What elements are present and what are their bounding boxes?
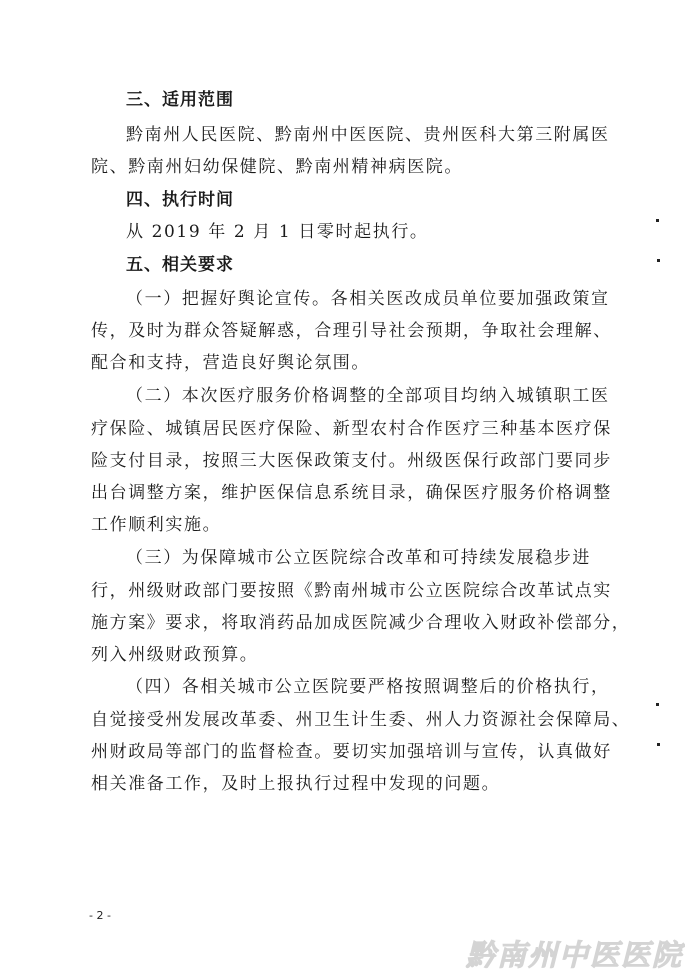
- body-line: 行，州级财政部门要按照《黔南州城市公立医院综合改革试点实: [91, 580, 601, 602]
- body-line: 施方案》要求，将取消药品加成医院减少合理收入财政补偿部分，: [91, 612, 601, 634]
- body-line: （四）各相关城市公立医院要严格按照调整后的价格执行，: [126, 676, 601, 698]
- page-number: - 2 -: [89, 909, 111, 922]
- body-line: 出台调整方案，维护医保信息系统目录，确保医疗服务价格调整: [91, 482, 601, 504]
- section-heading-effective-time: 四、执行时间: [126, 189, 601, 211]
- body-line: 院、黔南州妇幼保健院、黔南州精神病医院。: [91, 156, 601, 178]
- body-line: 黔南州人民医院、黔南州中医医院、贵州医科大第三附属医: [126, 124, 601, 146]
- body-line: 相关准备工作，及时上报执行过程中发现的问题。: [91, 773, 601, 795]
- body-line: （二）本次医疗服务价格调整的全部项目均纳入城镇职工医: [126, 385, 601, 407]
- body-line: 工作顺利实施。: [91, 514, 601, 536]
- margin-mark: [657, 743, 660, 746]
- watermark: 黔南州中医医院: [466, 936, 685, 974]
- body-line: 自觉接受州发展改革委、州卫生计生委、州人力资源社会保障局、: [91, 709, 601, 731]
- body-line: （三）为保障城市公立医院综合改革和可持续发展稳步进: [126, 547, 601, 569]
- body-line: （一）把握好舆论宣传。各相关医改成员单位要加强政策宣: [126, 288, 601, 310]
- body-line: 配合和支持，营造良好舆论氛围。: [91, 352, 601, 374]
- body-line: 疗保险、城镇居民医疗保险、新型农村合作医疗三种基本医疗保: [91, 418, 601, 440]
- body-line: 传，及时为群众答疑解惑，合理引导社会预期，争取社会理解、: [91, 320, 601, 342]
- margin-mark: [656, 219, 659, 222]
- body-line: 州财政局等部门的监督检查。要切实加强培训与宣传，认真做好: [91, 741, 601, 763]
- body-line: 从 2019 年 2 月 1 日零时起执行。: [126, 221, 601, 243]
- body-line: 列入州级财政预算。: [91, 644, 601, 666]
- margin-mark: [656, 703, 659, 706]
- margin-mark: [657, 259, 660, 262]
- document-page: 三、适用范围 黔南州人民医院、黔南州中医医院、贵州医科大第三附属医 院、黔南州妇…: [0, 0, 685, 975]
- body-line: 险支付目录，按照三大医保政策支付。州级医保行政部门要同步: [91, 450, 601, 472]
- section-heading-requirements: 五、相关要求: [126, 254, 601, 276]
- section-heading-scope: 三、适用范围: [126, 89, 601, 111]
